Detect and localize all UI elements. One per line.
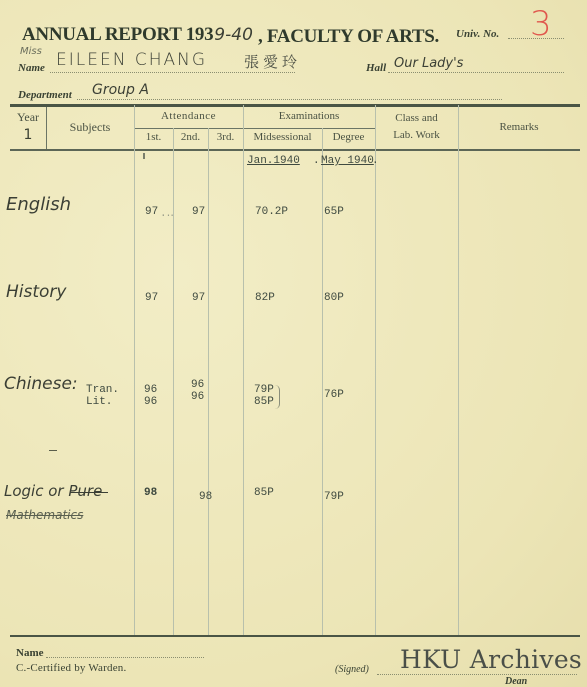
attendance-col-2nd: 2nd. bbox=[173, 131, 208, 143]
col-divider-classlab bbox=[458, 105, 459, 637]
exam-sub-rule bbox=[243, 128, 376, 129]
att-1st-chinese-lit: 96 bbox=[144, 396, 157, 408]
att-2nd-english: 97 bbox=[192, 206, 205, 218]
header-bottom-rule bbox=[10, 149, 580, 151]
degree-history: 80P bbox=[324, 292, 344, 304]
att-2nd-logic: 98 bbox=[199, 491, 212, 503]
att-2nd-chinese-lit: 96 bbox=[191, 391, 204, 403]
department-label: Department bbox=[18, 89, 72, 101]
col-divider-exam bbox=[322, 128, 323, 637]
attendance-header: Attendance bbox=[134, 110, 243, 122]
footer-name-label: Name bbox=[16, 647, 44, 659]
hku-archives-watermark: HKU Archives bbox=[400, 645, 582, 674]
class-lab-header-line1: Class and bbox=[375, 112, 458, 124]
univ-no-label: Univ. No. bbox=[456, 28, 499, 40]
att-2nd-history: 97 bbox=[192, 292, 205, 304]
midsessional-date: Jan.1940 bbox=[247, 155, 300, 167]
chinese-part-tran: Tran. bbox=[86, 384, 119, 396]
degree-date: May 1940 bbox=[321, 155, 374, 167]
table-bottom-rule bbox=[10, 635, 580, 637]
hall-line bbox=[388, 72, 564, 73]
degree-chinese: 76P bbox=[324, 389, 344, 401]
faculty-title: , FACULTY OF ARTS. bbox=[258, 26, 439, 48]
subject-history: History bbox=[6, 282, 66, 302]
signed-label: (Signed) bbox=[335, 664, 369, 675]
col-divider-att-1 bbox=[173, 128, 174, 637]
department-line bbox=[77, 99, 502, 100]
certified-by-warden: C.-Certified by Warden. bbox=[16, 662, 126, 674]
attendance-sub-rule bbox=[134, 128, 244, 129]
degree-english: 65P bbox=[324, 206, 344, 218]
table-top-rule bbox=[10, 104, 580, 107]
year-header: Year bbox=[10, 110, 46, 125]
class-lab-header-line2: Lab. Work bbox=[375, 129, 458, 141]
attendance-col-1st: 1st. bbox=[134, 131, 173, 143]
dean-label: Dean bbox=[505, 676, 527, 687]
date-separator-dot: . bbox=[313, 155, 320, 167]
year-value: 1 bbox=[10, 127, 46, 143]
midsessional-english: 70.2P bbox=[255, 206, 288, 218]
dash-mark bbox=[49, 450, 57, 451]
midsessional-logic: 85P bbox=[254, 487, 274, 499]
footer-name-line bbox=[46, 657, 204, 658]
att-2nd-chinese-tran: 96 bbox=[191, 379, 204, 391]
att-1st-chinese-tran: 96 bbox=[144, 384, 157, 396]
brace-mark bbox=[275, 385, 280, 409]
attendance-col-3rd: 3rd. bbox=[208, 131, 243, 143]
strike-pure bbox=[70, 492, 108, 493]
title-prefix: ANNUAL REPORT 193 bbox=[22, 24, 213, 45]
report-title: ANNUAL REPORT 1939-40 bbox=[22, 24, 253, 46]
signature-line bbox=[377, 674, 577, 675]
date-end-dot: . bbox=[372, 155, 379, 167]
department-value: Group A bbox=[92, 82, 149, 98]
att-1st-english: 97 bbox=[145, 206, 158, 218]
hall-label: Hall bbox=[366, 62, 386, 74]
student-name: EILEEN CHANG bbox=[56, 50, 207, 70]
subject-logic-struck-line2: Mathematics bbox=[6, 508, 83, 522]
col-divider-attendance bbox=[243, 105, 244, 637]
att-1st-history: 97 bbox=[145, 292, 158, 304]
student-name-chinese: 張愛玲 bbox=[244, 51, 301, 72]
title-handwritten: Miss bbox=[20, 46, 42, 57]
col-divider-subjects bbox=[134, 105, 135, 637]
chinese-part-lit: Lit. bbox=[86, 396, 112, 408]
midsessional-history: 82P bbox=[255, 292, 275, 304]
hall-value: Our Lady's bbox=[394, 56, 463, 71]
exam-col-degree: Degree bbox=[322, 131, 375, 143]
subjects-header: Subjects bbox=[46, 120, 134, 135]
att-dots-english: .‥ bbox=[160, 206, 174, 220]
subject-english: English bbox=[6, 194, 71, 215]
col-divider-att-2 bbox=[208, 128, 209, 637]
remarks-header: Remarks bbox=[458, 121, 580, 133]
att-1st-logic: 98 bbox=[144, 487, 157, 499]
degree-logic: 79P bbox=[324, 491, 344, 503]
name-label: Name bbox=[18, 62, 45, 74]
univ-no-value: 3 bbox=[530, 4, 552, 44]
ink-mark bbox=[143, 153, 145, 159]
subject-chinese: Chinese: bbox=[4, 374, 78, 394]
exam-col-midsessional: Midsessional bbox=[243, 131, 322, 143]
col-divider-examinations bbox=[375, 105, 376, 637]
name-line bbox=[50, 72, 295, 73]
academic-year-handwritten: 9-40 bbox=[214, 25, 253, 45]
subject-logic: Logic or Pure bbox=[4, 482, 102, 500]
midsessional-chinese-lit: 85P bbox=[254, 396, 274, 408]
midsessional-chinese-tran: 79P bbox=[254, 384, 274, 396]
examinations-header: Examinations bbox=[243, 110, 375, 122]
